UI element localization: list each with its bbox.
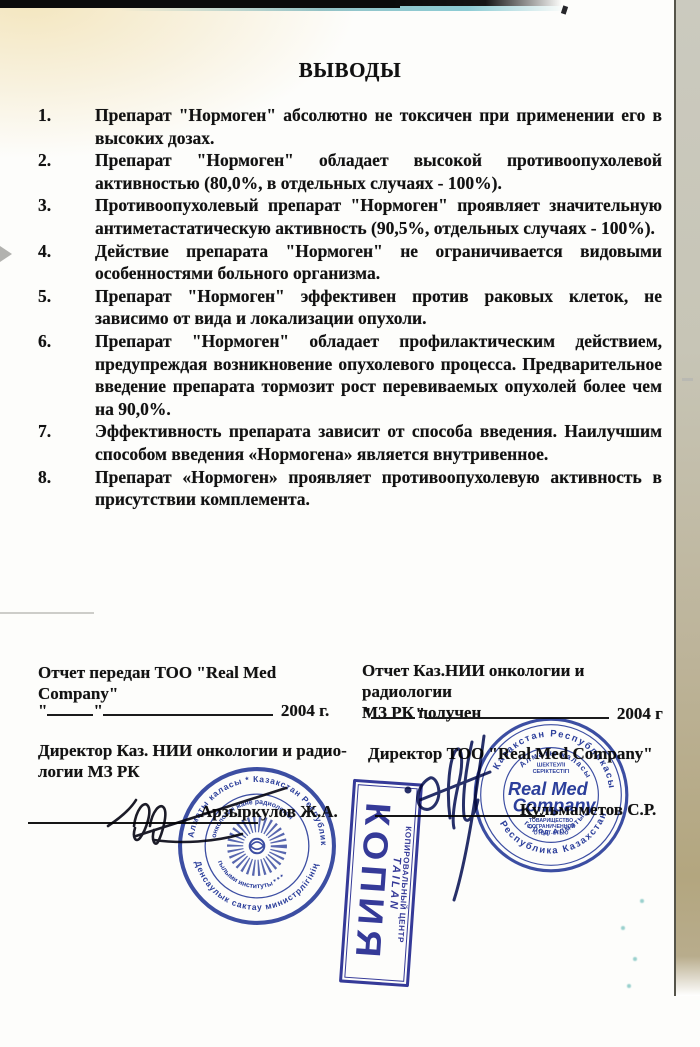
received-line-1: Отчет Каз.НИИ онкологии и радиологии — [362, 660, 662, 702]
item-number: 6. — [38, 330, 95, 420]
scan-edge-black — [0, 0, 400, 8]
conclusion-item-5: 5. Препарат "Нормоген" эффективен против… — [38, 285, 662, 330]
report-handover-line: Отчет передан ТОО "Real Med Company" — [38, 662, 358, 704]
quote-mark: " — [38, 701, 47, 720]
stamp-center-small: СЕРIКТЕСТIГI — [533, 769, 570, 775]
quote-mark: " — [415, 704, 424, 723]
item-number: 5. — [38, 285, 95, 330]
quote-mark: " — [362, 704, 371, 723]
item-text: Препарат "Нормоген" эффективен против ра… — [95, 285, 662, 330]
conclusion-item-7: 7. Эффективность препарата зависит от сп… — [38, 420, 662, 465]
stamp-center-small: ОТВЕТ-СТЬЮ — [534, 831, 569, 837]
quote-mark: " — [93, 701, 102, 720]
blank-month-line — [103, 701, 273, 716]
conclusion-item-1: 1. Препарат "Нормоген" абсолютно не токс… — [38, 104, 662, 149]
item-number: 4. — [38, 240, 95, 285]
document-title: ВЫВОДЫ — [38, 58, 662, 83]
conclusion-item-6: 6. Препарат "Нормоген" обладает профилак… — [38, 330, 662, 420]
item-text: Препарат "Нормоген" обладает высокой про… — [95, 149, 662, 194]
item-text: Препарат "Нормоген" абсолютно не токсиче… — [95, 104, 662, 149]
item-number: 1. — [38, 104, 95, 149]
item-number: 3. — [38, 194, 95, 239]
teal-speck — [640, 899, 644, 903]
item-text: Действие препарата "Нормоген" не огранич… — [95, 240, 662, 285]
teal-speck — [627, 984, 631, 988]
blank-day-line — [47, 701, 93, 716]
item-text: Противоопухолевый препарат "Нормоген" пр… — [95, 194, 662, 239]
item-text: Препарат "Нормоген" обладает профилактич… — [95, 330, 662, 420]
item-number: 2. — [38, 149, 95, 194]
ink-speck — [561, 5, 568, 14]
conclusion-item-8: 8. Препарат «Нормоген» проявляет противо… — [38, 466, 662, 511]
year-label: 2004 г. — [281, 701, 329, 720]
margin-mark — [0, 246, 12, 262]
scanned-document-page: ВЫВОДЫ 1. Препарат "Нормоген" абсолютно … — [0, 0, 700, 1047]
signature-left — [90, 772, 300, 850]
item-text: Эффективность препарата зависит от спосо… — [95, 420, 662, 465]
item-number: 7. — [38, 420, 95, 465]
page-right-edge — [674, 0, 700, 996]
stamp-center-small: ТОВАРИЩЕСТВО — [529, 818, 573, 824]
margin-dash — [682, 378, 693, 381]
teal-speck — [621, 926, 625, 930]
scan-edge-black-tail — [392, 0, 562, 6]
paper-crease — [0, 612, 94, 614]
item-text: Препарат «Нормоген» проявляет противоопу… — [95, 466, 662, 511]
conclusion-item-2: 2. Препарат "Нормоген" обладает высокой … — [38, 149, 662, 194]
conclusions-list: 1. Препарат "Нормоген" абсолютно не токс… — [38, 104, 662, 511]
signature-right — [392, 728, 504, 908]
stamp-company-name-2: Company — [513, 796, 597, 816]
director-left-line1: Директор Каз. НИИ онкологии и радио- — [38, 740, 348, 761]
stamp-center-small: ШЕКТЕУЛI — [537, 763, 566, 769]
blank-day-line — [371, 704, 415, 719]
date-blank-left: ""2004 г. — [38, 700, 358, 721]
item-number: 8. — [38, 466, 95, 511]
conclusion-item-3: 3. Противоопухолевый препарат "Нормоген"… — [38, 194, 662, 239]
teal-speck — [633, 957, 637, 961]
conclusion-item-4: 4. Действие препарата "Нормоген" не огра… — [38, 240, 662, 285]
